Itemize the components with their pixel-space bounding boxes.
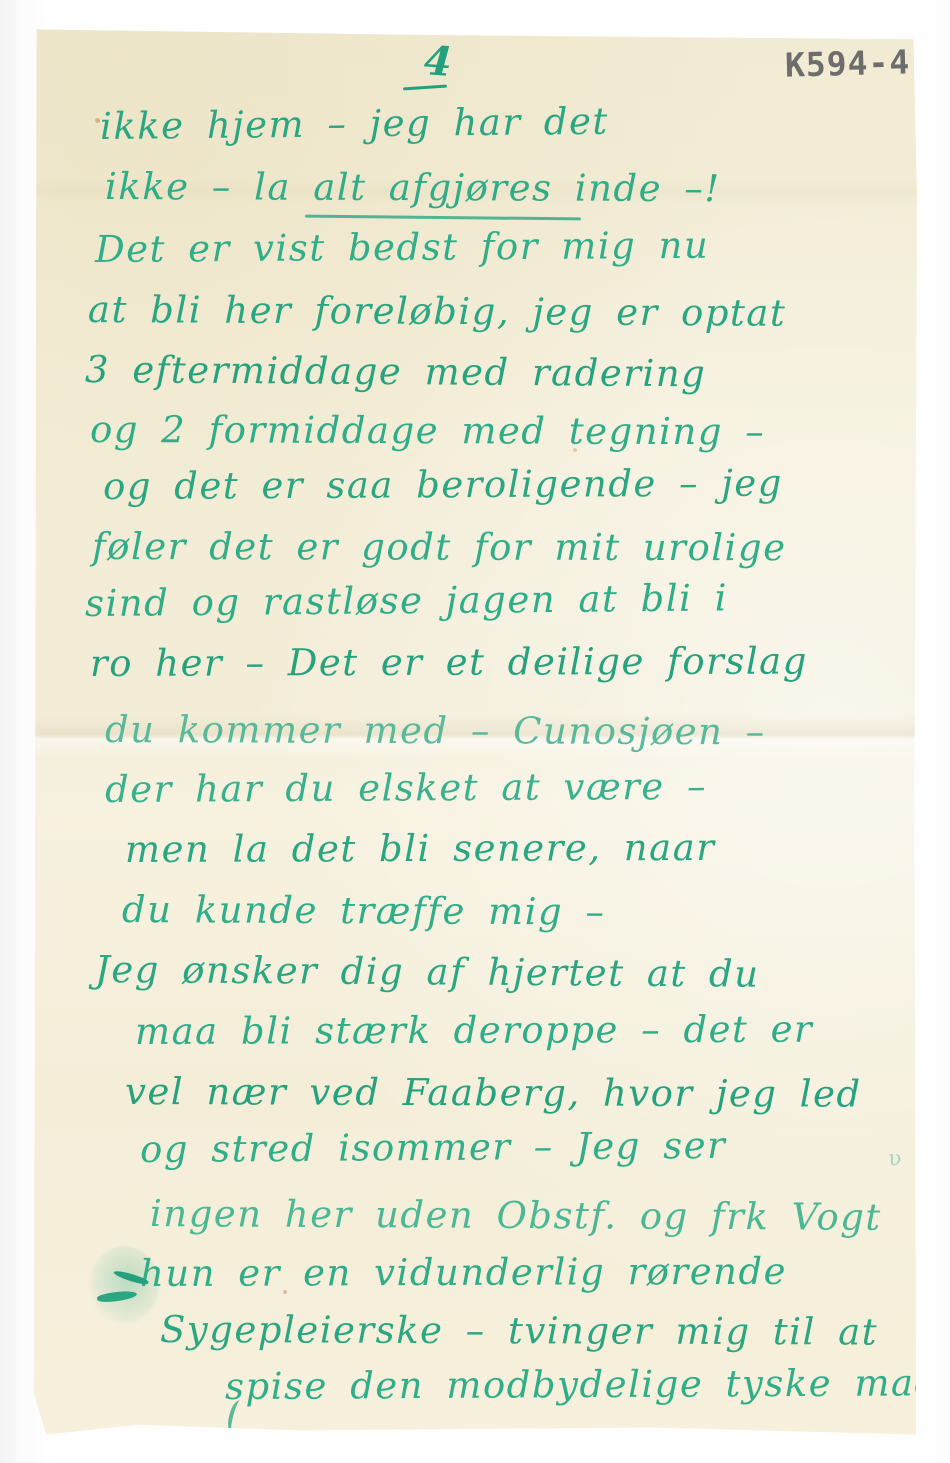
handwritten-line: ikke – la alt afgjøres inde –! bbox=[105, 165, 721, 210]
handwritten-line: ingen her uden Obstf. og frk Vogt bbox=[150, 1192, 882, 1239]
handwritten-line: ro her – Det er et deilige forslag bbox=[90, 639, 808, 685]
page-number-underline bbox=[403, 84, 447, 90]
handwritten-line: og stred isommer – Jeg ser bbox=[140, 1124, 727, 1171]
handwritten-line: sind og rastløse jagen at bli i bbox=[85, 576, 728, 625]
letter-page: 4 K594-4 ikke hjem – jeg har det ikke – … bbox=[33, 28, 917, 1436]
handwritten-line: Jeg ønsker dig af hjertet at du bbox=[95, 948, 760, 996]
handwritten-line: ikke hjem – jeg har det bbox=[100, 100, 609, 148]
handwritten-line: 3 eftermiddage med radering bbox=[85, 348, 707, 395]
underline-stroke bbox=[305, 215, 581, 221]
page-number: 4 bbox=[406, 36, 469, 87]
marginal-mark: ʋ bbox=[886, 1145, 904, 1172]
archive-code-pencil: K594-4 bbox=[785, 42, 911, 84]
handwritten-line: maa bli stærk deroppe – det er bbox=[135, 1008, 813, 1053]
handwritten-line: vel nær ved Faaberg, hvor jeg led bbox=[125, 1070, 862, 1116]
handwritten-line: du kunde træffe mig – bbox=[122, 888, 606, 934]
handwritten-line: hun er en vidunderlig rørende bbox=[140, 1250, 787, 1295]
handwritten-line: men la det bli senere, naar bbox=[125, 826, 716, 871]
handwritten-line: Det er vist bedst for mig nu bbox=[95, 224, 710, 271]
handwritten-line: at bli her foreløbig, jeg er optat bbox=[88, 288, 787, 335]
handwritten-line: der har du elsket at være – bbox=[105, 765, 707, 811]
handwritten-line: Sygepleierske – tvinger mig til at bbox=[160, 1308, 878, 1354]
handwritten-line: spise den modbydelige tyske mad= bbox=[225, 1361, 950, 1408]
ink-smudge-stroke bbox=[97, 1289, 138, 1303]
handwritten-line: du kommer med – Cunosjøen – bbox=[105, 708, 766, 753]
handwritten-line: føler det er godt for mit urolige bbox=[92, 525, 787, 569]
handwritten-line: og 2 formiddage med tegning – bbox=[90, 408, 765, 453]
handwritten-line: og det er saa beroligende – jeg bbox=[103, 461, 783, 508]
